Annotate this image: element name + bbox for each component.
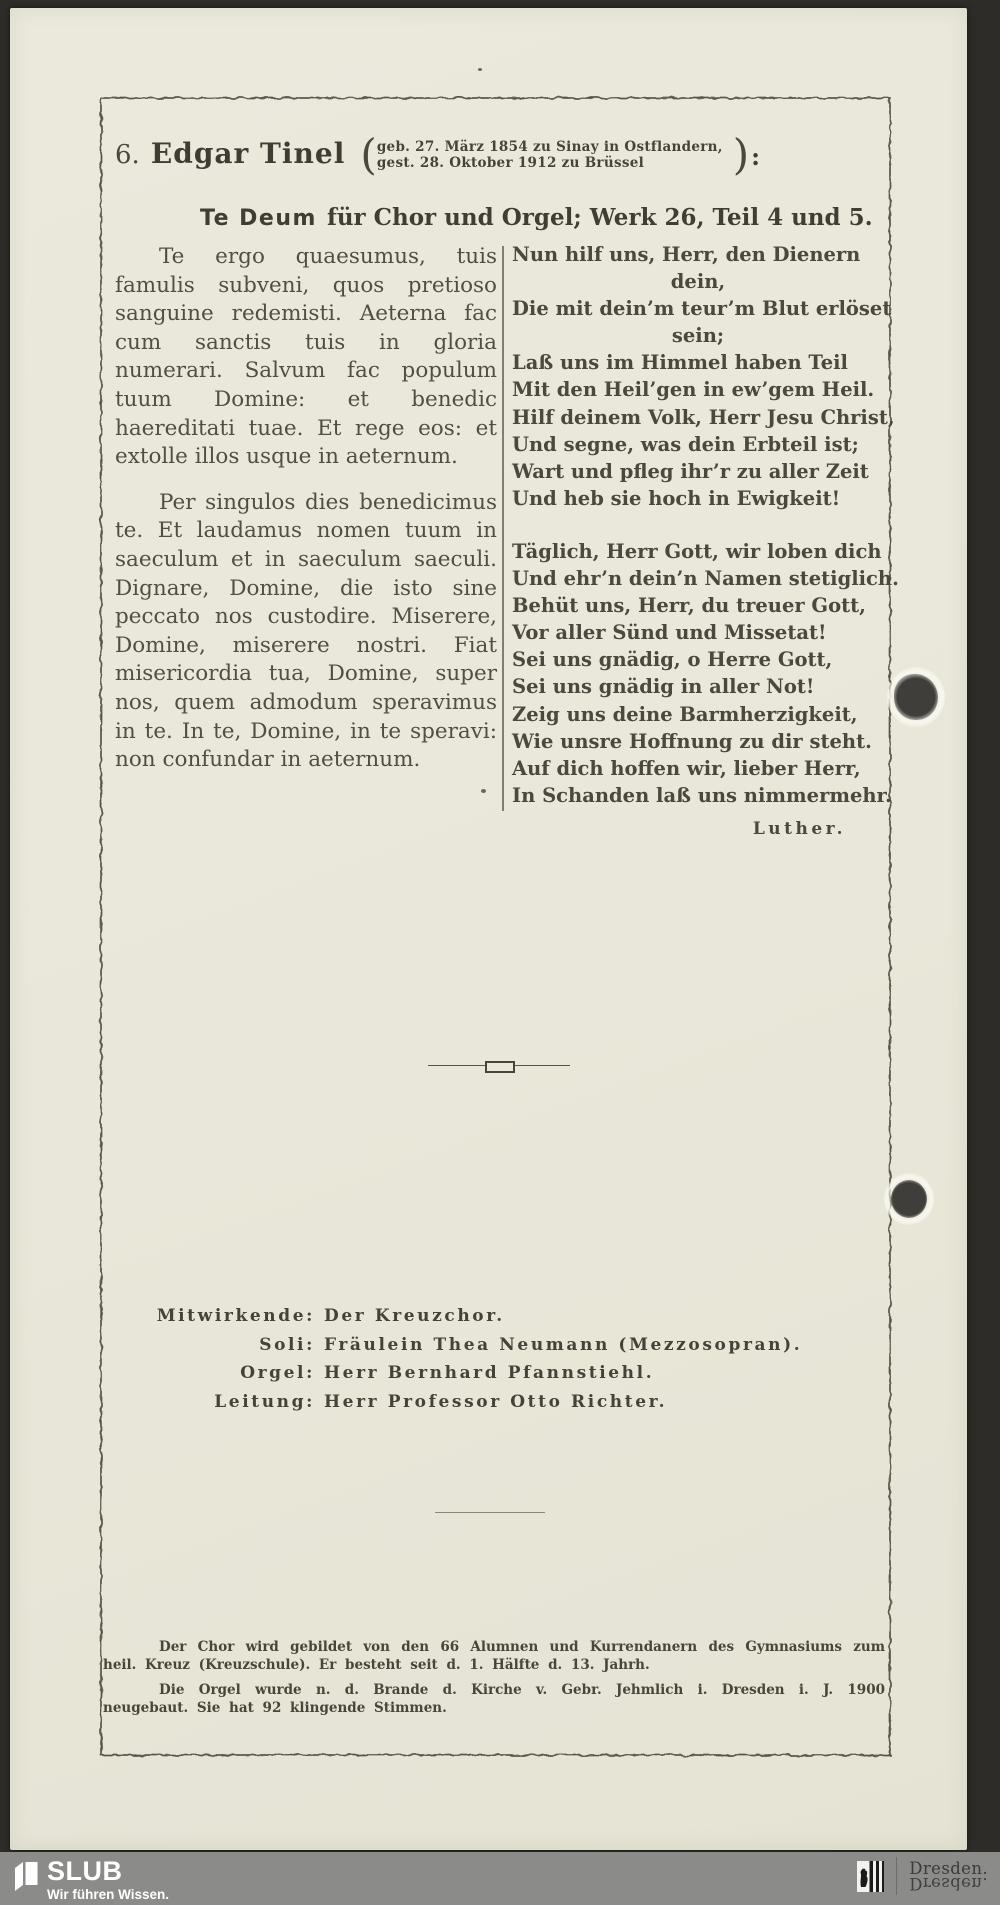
poem-line: Und heb sie hoch in Ewigkeit! (512, 485, 884, 512)
item-number: 6. (115, 140, 140, 170)
credit-row: Mitwirkende: Der Kreuzchor. (135, 1302, 795, 1331)
footnote-organ: Die Orgel wurde n. d. Brande d. Kirche v… (103, 1681, 885, 1717)
death-date: gest. 28. Oktober 1912 zu Brüssel (377, 155, 644, 171)
german-poem-column: Nun hilf uns, Herr, den Dienern dein, Di… (512, 241, 884, 843)
poem-line: dein, (512, 268, 884, 295)
book-icon (14, 1861, 38, 1892)
composer-dates: geb. 27. März 1854 zu Sinay in Ostflande… (377, 139, 723, 171)
punch-hole (894, 674, 938, 720)
credit-value: Herr Professor Otto Richter. (324, 1388, 667, 1417)
credit-value: Der Kreuzchor. (324, 1302, 505, 1331)
poem-line: Sei uns gnädig in aller Not! (512, 673, 884, 700)
viewer-background: 6. Edgar Tinel (geb. 27. März 1854 zu Si… (0, 0, 1000, 1905)
latin-text-column: Te ergo quaesumus, tuis famulis subveni,… (115, 243, 497, 775)
credit-value: Herr Bernhard Pfannstiehl. (324, 1359, 654, 1388)
poem-line: Mit den Heil’gen in ew’gem Heil. (512, 376, 884, 403)
close-paren: ) (733, 130, 749, 179)
poem-line: Täglich, Herr Gott, wir loben dich (512, 538, 884, 565)
poem-line: Behüt uns, Herr, du treuer Gott, (512, 592, 884, 619)
dresden-logo: Dresden. Dresden. (857, 1857, 988, 1895)
punch-hole (891, 1180, 927, 1218)
slub-tagline: Wir führen Wissen. (47, 1887, 169, 1902)
poem-line: Die mit dein’m teur’m Blut erlöset (512, 295, 884, 322)
dresden-coat-of-arms-icon (857, 1861, 884, 1892)
column-divider-rule (502, 246, 504, 811)
poem-line: In Schanden laß uns nimmermehr. (512, 782, 884, 809)
footnotes: Der Chor wird gebildet von den 66 Alumne… (103, 1638, 885, 1717)
credit-row: Orgel: Herr Bernhard Pfannstiehl. (135, 1359, 795, 1388)
credit-row: Soli: Fräulein Thea Neumann (Mezzosopran… (135, 1331, 795, 1360)
composer-heading: 6. Edgar Tinel (geb. 27. März 1854 zu Si… (115, 130, 795, 179)
latin-paragraph-2: Per singulos dies benedicimus te. Et lau… (115, 489, 497, 775)
heading-colon: : (751, 142, 760, 171)
slub-logo: SLUB Wir führen Wissen. (14, 1858, 169, 1902)
credit-label: Mitwirkende: (135, 1302, 315, 1331)
footnote-choir: Der Chor wird gebildet von den 66 Alumne… (103, 1638, 885, 1674)
credit-row: Leitung: Herr Professor Otto Richter. (135, 1388, 795, 1417)
section-divider-ornament (428, 1060, 570, 1072)
poem-line: Hilf deinem Volk, Herr Jesu Christ, (512, 404, 884, 431)
dresden-wordmark-reflection: Dresden. (909, 1876, 988, 1891)
work-title-rest: für Chor und Orgel; Werk 26, Teil 4 und … (327, 204, 873, 231)
poem-line: Und segne, was dein Erbteil ist; (512, 431, 884, 458)
poem-line: Laß uns im Himmel haben Teil (512, 349, 884, 376)
divider-box (485, 1061, 515, 1073)
credit-label: Orgel: (135, 1359, 315, 1388)
credit-label: Leitung: (135, 1388, 315, 1417)
work-title-lead: Te Deum (200, 206, 317, 231)
credit-value: Fräulein Thea Neumann (Mezzosopran). (324, 1331, 802, 1360)
open-paren: ( (360, 130, 376, 179)
latin-paragraph-1: Te ergo quaesumus, tuis famulis subveni,… (115, 243, 497, 472)
work-title: Te Deumfür Chor und Orgel; Werk 26, Teil… (200, 204, 840, 231)
credit-label: Soli: (135, 1331, 315, 1360)
thin-divider-rule (435, 1512, 545, 1513)
ink-speck (478, 68, 482, 71)
poem-line: Zeig uns deine Barmherzigkeit, (512, 701, 884, 728)
poem-line: Auf dich hoffen wir, lieber Herr, (512, 755, 884, 782)
poem-attribution: Luther. (512, 816, 884, 843)
poem-line: sein; (512, 322, 884, 349)
scanned-page: 6. Edgar Tinel (geb. 27. März 1854 zu Si… (10, 8, 967, 1850)
birth-date: geb. 27. März 1854 zu Sinay in Ostflande… (377, 139, 723, 155)
poem-line: Wart und pfleg ihr’r zu aller Zeit (512, 458, 884, 485)
stanza-gap (512, 512, 884, 538)
poem-line: Nun hilf uns, Herr, den Dienern (512, 241, 884, 268)
ink-speck (481, 789, 486, 793)
poem-line: Wie unsre Hoffnung zu dir steht. (512, 728, 884, 755)
poem-line: Sei uns gnädig, o Herre Gott, (512, 646, 884, 673)
logo-separator (896, 1857, 898, 1895)
library-footer-bar: SLUB Wir führen Wissen. Dresden. Dresden… (0, 1852, 1000, 1905)
poem-line: Vor aller Sünd und Missetat! (512, 619, 884, 646)
slub-wordmark: SLUB (47, 1858, 169, 1885)
poem-line: Und ehr’n dein’n Namen stetiglich. (512, 565, 884, 592)
performers-credits: Mitwirkende: Der Kreuzchor. Soli: Fräule… (135, 1302, 795, 1416)
composer-name: Edgar Tinel (151, 137, 345, 170)
